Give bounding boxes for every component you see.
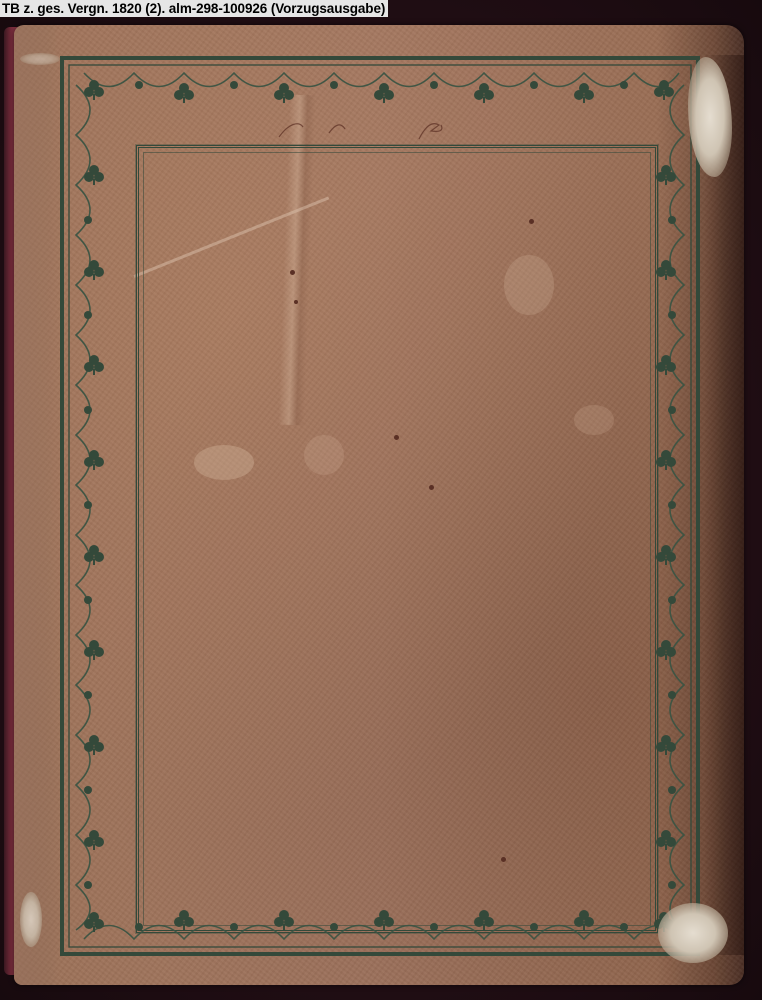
ornamental-border bbox=[14, 25, 744, 985]
image-caption: TB z. ges. Vergn. 1820 (2). alm-298-1009… bbox=[0, 0, 388, 17]
worn-corner-bottom-left bbox=[20, 892, 42, 947]
worn-corner-top-left bbox=[20, 53, 60, 65]
faded-signature bbox=[269, 113, 459, 143]
worn-corner-bottom-right bbox=[658, 903, 728, 963]
book-cover bbox=[14, 25, 744, 985]
